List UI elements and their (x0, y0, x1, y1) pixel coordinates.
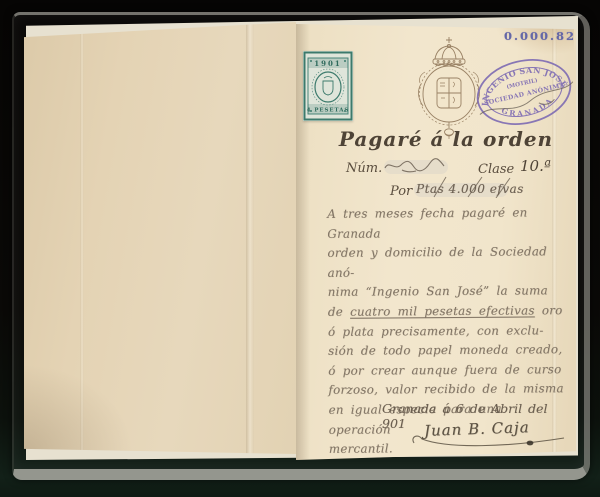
promissory-note-page: 0.000.824 1901 4 PESETAS (296, 24, 576, 460)
amount-slash-strokes (412, 176, 516, 198)
body-line: nima “Ingenio San José” la suma (328, 282, 570, 303)
body-line: forzoso, valor recibido de la misma (328, 379, 570, 400)
amount-suffix: oro (535, 303, 563, 317)
ink-blot (527, 441, 534, 446)
corner-shadow (24, 364, 134, 454)
clase-label: Clase (478, 162, 514, 177)
body-line: sión de todo papel moneda creado, (328, 340, 570, 361)
serial-number: 0.000.824 (504, 29, 586, 43)
num-label: Núm. (346, 161, 382, 176)
handwritten-number-flourish (382, 157, 448, 175)
body-line: ó plata precisamente, con exclu- (328, 321, 570, 342)
revenue-stamp-value: 4 PESETAS (307, 108, 350, 114)
photo-of-document: 0.000.824 1901 4 PESETAS (0, 0, 600, 497)
body-line: de cuatro mil pesetas efectivas oro (328, 301, 570, 322)
por-label: Por (390, 184, 412, 199)
revenue-stamp-icon: 1901 4 PESETAS (303, 51, 353, 121)
body-line: orden y domicilio de la Sociedad anó- (327, 242, 569, 283)
document-title: Pagaré á la orden (326, 127, 566, 151)
amount-prefix: de (328, 305, 350, 319)
body-line: A tres meses fecha pagaré en Granada (327, 203, 569, 244)
paper-fold-crease (246, 22, 254, 454)
blank-left-page (24, 22, 296, 454)
signature-flourish (408, 431, 572, 451)
body-line: ó por crear aunque fuera de curso (328, 360, 570, 381)
clase-value: 10.ª (520, 157, 551, 175)
revenue-stamp-year: 1901 (314, 59, 341, 68)
amount-underlined: cuatro mil pesetas efectivas (350, 303, 535, 318)
